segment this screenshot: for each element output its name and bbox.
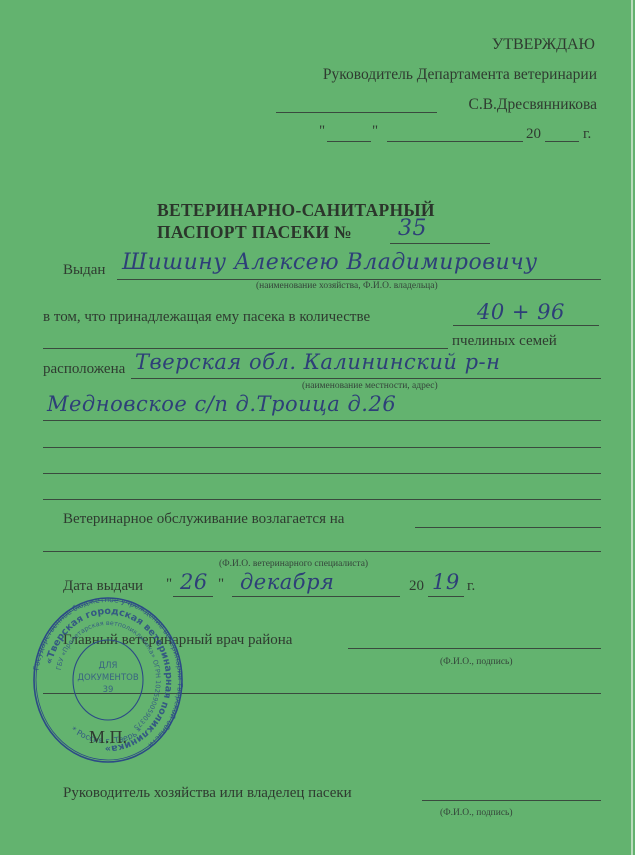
approval-year-line (545, 141, 579, 142)
vet-service-label: Ветеринарное обслуживание возлагается на (63, 511, 344, 528)
vet-service-caption: (Ф.И.О. ветеринарного специалиста) (219, 559, 368, 569)
owner-signature-line (422, 800, 601, 801)
document-title-line2: ПАСПОРТ ПАСЕКИ № (157, 222, 352, 243)
location-value-line2: Медновское с/п д.Троица д.26 (47, 392, 396, 416)
document-page: УТВЕРЖДАЮ Руководитель Департамента вете… (0, 0, 633, 855)
apiary-count-line2 (43, 348, 448, 349)
chief-vet-signature-line (348, 648, 601, 649)
location-line3 (43, 447, 601, 448)
issued-to-caption: (наименование хозяйства, Ф.И.О. владельц… (256, 281, 438, 291)
location-caption: (наименование местности, адрес) (302, 381, 438, 391)
seal-mp-label: М.П. (89, 727, 127, 748)
apiary-count-value: 40 + 96 (477, 300, 565, 324)
issue-date-label: Дата выдачи (63, 578, 143, 595)
apiary-count-label: в том, что принадлежащая ему пасека в ко… (43, 309, 370, 326)
issue-date-month: декабря (240, 570, 334, 594)
apiary-count-line (453, 325, 599, 326)
approval-year-suffix: г. (583, 126, 591, 143)
vet-service-line1 (415, 527, 601, 528)
issued-to-line (117, 279, 601, 280)
approval-heading: УТВЕРЖДАЮ (492, 36, 595, 54)
approval-day-line (327, 141, 371, 142)
location-value-line1: Тверская обл. Калининский р-н (135, 350, 500, 374)
approval-signature-line (276, 112, 437, 113)
seal-center-line1: ДЛЯ (99, 661, 118, 671)
approval-year-prefix: 20 (526, 126, 541, 143)
issue-date-year-line (428, 596, 464, 597)
seal-center-line2: ДОКУМЕНТОВ (77, 673, 139, 683)
seal-center-line3: 39 (103, 685, 114, 695)
approval-date-quote-close: " (372, 123, 378, 140)
location-line5 (43, 499, 601, 500)
location-line2 (43, 420, 601, 421)
issue-date-day: 26 (180, 570, 208, 594)
apiary-count-unit: пчелиных семей (452, 333, 557, 350)
page-edge (631, 0, 633, 855)
passport-number-line (390, 243, 490, 244)
approval-date-quote-open: " (319, 123, 325, 140)
owner-label: Руководитель хозяйства или владелец пасе… (63, 785, 352, 802)
document-title-line1: ВЕТЕРИНАРНО-САНИТАРНЫЙ (157, 200, 435, 221)
issue-date-quote-open: " (166, 576, 172, 593)
issued-to-value: Шишину Алексею Владимировичу (122, 250, 538, 275)
issue-date-year-value: 19 (432, 570, 460, 594)
issue-date-quote-close: " (218, 576, 224, 593)
approval-signatory: С.В.Дресвянникова (468, 96, 597, 114)
chief-vet-caption: (Ф.И.О., подпись) (440, 657, 513, 667)
approval-position: Руководитель Департамента ветеринарии (323, 66, 597, 84)
issue-date-year-suffix: г. (467, 578, 475, 595)
passport-number: 35 (398, 216, 427, 241)
approval-month-line (387, 141, 523, 142)
location-line1 (131, 378, 601, 379)
issue-date-year-prefix: 20 (409, 578, 424, 595)
vet-service-line2 (43, 551, 601, 552)
owner-caption: (Ф.И.О., подпись) (440, 808, 513, 818)
issued-to-label: Выдан (63, 262, 105, 279)
location-line4 (43, 473, 601, 474)
issue-date-month-line (232, 596, 400, 597)
location-label: расположена (43, 361, 125, 378)
